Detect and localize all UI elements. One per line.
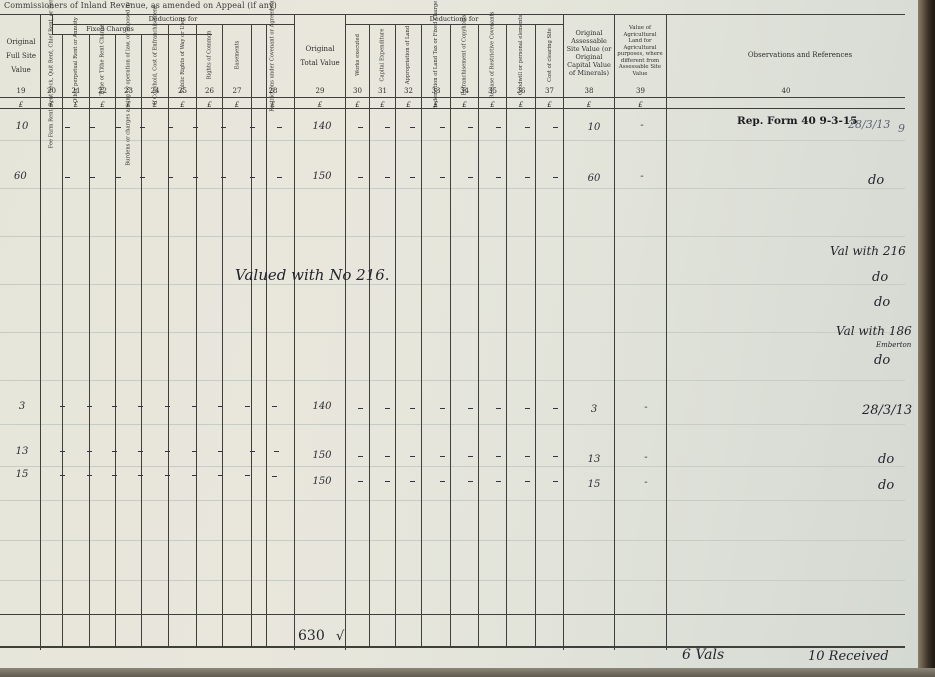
col-36-number: 36 xyxy=(507,87,535,95)
page-bottom-edge xyxy=(0,668,935,677)
rule-total-top xyxy=(0,614,905,615)
valued-with-note: Valued with No 216. xyxy=(235,266,390,284)
col-27-header: Easements xyxy=(223,26,251,84)
row-1-assessable-site-value: 10 xyxy=(572,122,616,133)
col-33-number: 33 xyxy=(422,87,450,95)
row-5-assessable-site-value: 15 xyxy=(572,479,616,490)
col-39-header: Value of Agricultural Land for Agricultu… xyxy=(616,16,664,86)
row-3-agricultural-value: - xyxy=(624,402,668,413)
row-4-full-site-value: 13 xyxy=(4,446,40,457)
row-4-agricultural-value: - xyxy=(624,452,668,463)
col-38-header: Original Assessable Site Value (or Origi… xyxy=(565,22,613,84)
col-26-header: Rights of Common xyxy=(197,26,222,84)
pound-sign: £ xyxy=(479,101,506,109)
header-deductions-for-right: Deductions for xyxy=(345,15,563,23)
col-25-number: 25 xyxy=(169,87,196,95)
col-23-number: 23 xyxy=(116,87,141,95)
side-note-ditto: do xyxy=(874,353,890,368)
pound-sign: £ xyxy=(63,101,89,109)
col-24-header: If Copyhold, Cost of Enfranchisement xyxy=(142,26,168,84)
row-4-observation: do xyxy=(878,452,894,467)
row-1-full-site-value: 10 xyxy=(4,121,40,132)
pound-sign: £ xyxy=(142,101,168,109)
pound-sign: £ xyxy=(346,101,369,109)
pound-sign: £ xyxy=(564,101,614,109)
pound-sign: £ xyxy=(2,101,40,109)
row-3-full-site-value: 3 xyxy=(4,401,40,412)
row-2-agricultural-value: - xyxy=(620,171,664,182)
rule-total-bottom xyxy=(0,646,905,648)
col-34-number: 34 xyxy=(451,87,478,95)
col-37-number: 37 xyxy=(536,87,563,95)
row-1-total-value: 140 xyxy=(300,121,344,132)
col-40-number: 40 xyxy=(667,87,905,95)
col-28-header: Restrictions under Covenant or Agreement xyxy=(252,26,294,84)
pound-sign: £ xyxy=(422,101,450,109)
col-38-number: 38 xyxy=(564,87,614,95)
rep-form-stamp: Rep. Form 40 9-3-15 xyxy=(737,115,857,127)
col-31-number: 31 xyxy=(370,87,395,95)
row-2-total-value: 150 xyxy=(300,171,344,182)
row-1-observation: 28/3/13 xyxy=(848,118,890,131)
book-binding xyxy=(918,0,935,677)
col-21-number: 21 xyxy=(63,87,89,95)
top-caption: Commissioners of Inland Revenue, as amen… xyxy=(4,1,277,10)
col-21-header: Other perpetual Rent or Annuity xyxy=(63,36,89,84)
col-39-number: 39 xyxy=(615,87,666,95)
row-5-full-site-value: 15 xyxy=(4,469,40,480)
vals-count: 6 Vals xyxy=(682,647,724,663)
col-22-header: Tithe or Tithe Rent Charge xyxy=(90,36,115,84)
col-40-header: Observations and References xyxy=(740,35,860,75)
col-19-number: 19 xyxy=(2,87,40,95)
col-32-number: 32 xyxy=(396,87,421,95)
row-2-full-site-value: 60 xyxy=(14,171,50,182)
col-36-header: Goodwill or personal elements xyxy=(507,26,535,84)
row-3-assessable-site-value: 3 xyxy=(572,404,616,415)
col-37-header: Cost of clearing Site xyxy=(536,26,563,84)
rule-deductions-right xyxy=(345,24,563,25)
row-3-observation: 28/3/13 xyxy=(862,403,912,418)
row-1-observation-extra: 9 xyxy=(898,122,905,135)
pound-sign: £ xyxy=(116,101,141,109)
col-22-number: 22 xyxy=(90,87,115,95)
row-2-assessable-site-value: 60 xyxy=(572,173,616,184)
pound-sign: £ xyxy=(223,101,251,109)
row-3-total-value: 140 xyxy=(300,401,344,412)
col-28-number: 28 xyxy=(252,87,294,95)
col-19-header: Original Full Site Value xyxy=(2,28,40,84)
side-note-emberton: Emberton xyxy=(876,341,911,349)
receipts-note: 10 Received xyxy=(808,649,889,664)
row-5-observation: do xyxy=(878,478,894,493)
total-value-sum: 630 xyxy=(298,628,325,644)
row-4-total-value: 150 xyxy=(300,450,344,461)
rule-header-bottom xyxy=(0,97,905,98)
col-34-header: Enfranchisement of Copyholds xyxy=(451,26,478,84)
row-5-total-value: 150 xyxy=(300,476,344,487)
col-32-header: Appropriation of Land xyxy=(396,26,421,84)
pound-sign: £ xyxy=(396,101,421,109)
row-4-assessable-site-value: 13 xyxy=(572,454,616,465)
pound-sign: £ xyxy=(536,101,563,109)
pound-sign: £ xyxy=(507,101,535,109)
col-25-header: Public Rights of Way or User xyxy=(169,26,196,84)
check-mark-icon: √ xyxy=(336,629,344,644)
row-1-agricultural-value: - xyxy=(620,120,664,131)
pound-sign: £ xyxy=(41,101,62,109)
col-33-header: Redemption of Land Tax or Fixed Charge xyxy=(422,26,450,84)
pound-sign: £ xyxy=(90,101,115,109)
pound-sign: £ xyxy=(451,101,478,109)
side-note-val-with-216: Val with 216 xyxy=(830,244,906,258)
col-29-header: Original Total Value xyxy=(298,28,342,84)
col-24-number: 24 xyxy=(142,87,168,95)
col-20-header: Fee Farm Rent, Rent Seck, Quit Rent, Chi… xyxy=(41,36,62,84)
row-2-observation: do xyxy=(868,173,884,188)
col-35-header: Release of Restrictive Covenants xyxy=(479,26,506,84)
col-29-number: 29 xyxy=(295,87,345,95)
col-20-number: 20 xyxy=(41,87,62,95)
side-note-ditto: do xyxy=(874,295,890,310)
col-35-number: 35 xyxy=(479,87,506,95)
side-note-val-with-186: Val with 186 xyxy=(836,324,912,338)
col-30-number: 30 xyxy=(346,87,369,95)
pound-sign: £ xyxy=(295,101,345,109)
pound-sign: £ xyxy=(197,101,222,109)
col-30-header: Works executed xyxy=(346,26,369,84)
col-23-header: Burdens or charges arising by operation … xyxy=(116,36,141,84)
pound-sign: £ xyxy=(252,101,294,109)
pound-sign: £ xyxy=(370,101,395,109)
col-26-number: 26 xyxy=(197,87,222,95)
side-note-ditto: do xyxy=(872,270,888,285)
col-27-number: 27 xyxy=(223,87,251,95)
col-31-header: Capital Expenditure xyxy=(370,26,395,84)
pound-sign: £ xyxy=(169,101,196,109)
pound-sign: £ xyxy=(615,101,666,109)
ledger-page: Commissioners of Inland Revenue, as amen… xyxy=(0,0,918,668)
header-deductions-for-left: Deductions for xyxy=(52,15,294,23)
row-5-agricultural-value: - xyxy=(624,477,668,488)
